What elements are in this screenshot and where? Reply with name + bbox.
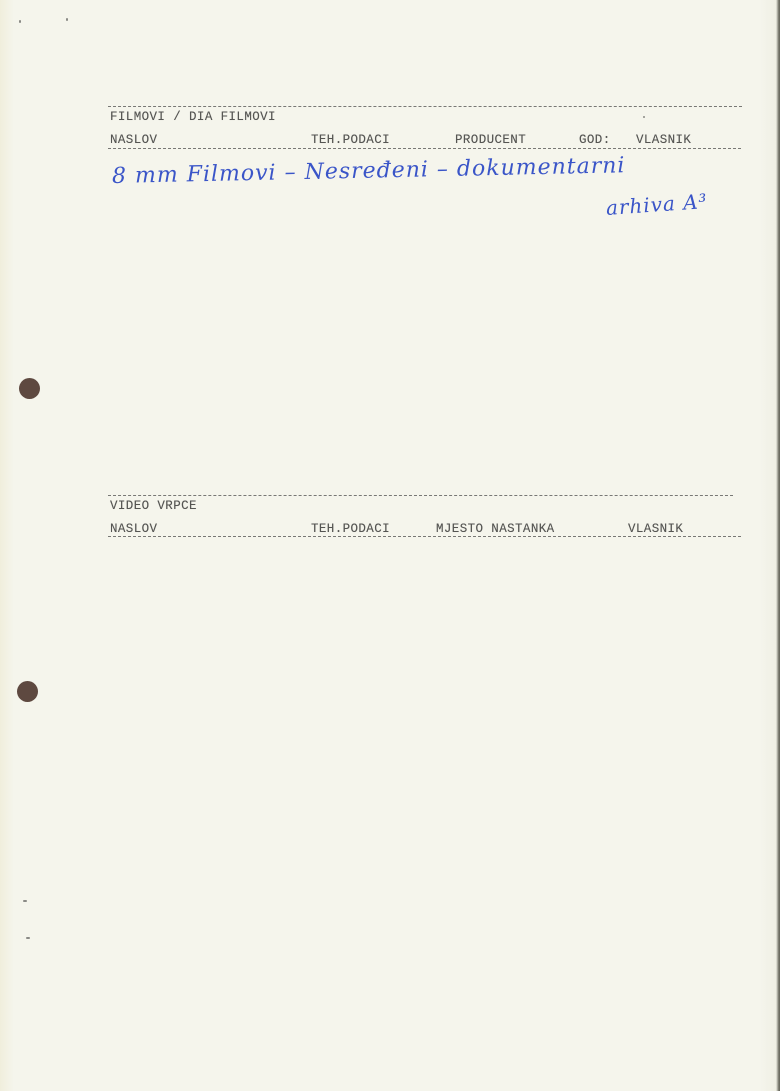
films-col-producent: PRODUCENT (455, 133, 526, 147)
video-col-teh-podaci: TEH.PODACI (311, 522, 390, 536)
films-col-teh-podaci: TEH.PODACI (311, 133, 390, 147)
video-col-mjesto-nastanka: MJESTO NASTANKA (436, 522, 555, 536)
films-col-naslov: NASLOV (110, 133, 157, 147)
video-col-naslov: NASLOV (110, 522, 157, 536)
paper-speck (19, 20, 21, 23)
films-header-rule (108, 148, 741, 149)
paper-speck (26, 937, 30, 939)
video-header-rule (108, 536, 741, 537)
punch-hole-upper (19, 378, 40, 399)
video-col-vlasnik: VLASNIK (628, 522, 683, 536)
video-section-title: VIDEO VRPCE (110, 499, 197, 513)
punch-hole-lower (17, 681, 38, 702)
films-col-vlasnik: VLASNIK (636, 133, 691, 147)
films-top-rule (108, 106, 742, 107)
paper-speck (643, 116, 645, 118)
films-col-god: GOD: (579, 133, 611, 147)
video-top-rule (108, 495, 733, 496)
films-section-title: FILMOVI / DIA FILMOVI (110, 110, 276, 124)
handwritten-entry-line1: 8 mm Filmovi – Nesređeni – dokumentarni (112, 153, 626, 189)
handwritten-entry-line2: arhiva A³ (605, 189, 708, 220)
paper-speck (66, 18, 68, 21)
paper-speck (23, 900, 27, 902)
